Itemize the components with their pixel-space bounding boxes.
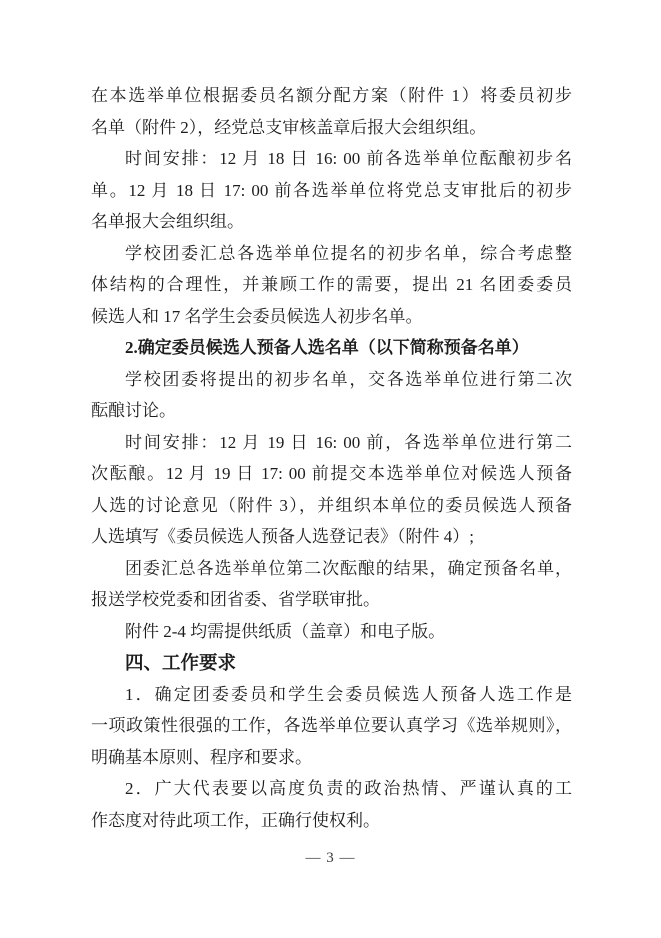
- text-line: 人选的讨论意见（附件 3），并组织本单位的委员候选人预备: [91, 490, 572, 522]
- text-line: 2．广大代表要以高度负责的政治热情、严谨认真的工: [91, 773, 572, 805]
- text-line: 团委汇总各选举单位第二次酝酿的结果，确定预备名单，: [91, 553, 572, 585]
- text-line: 名单（附件 2），经党总支审核盖章后报大会组织组。: [91, 112, 572, 144]
- text-line: 体结构的合理性，并兼顾工作的需要，提出 21 名团委委员: [91, 269, 572, 301]
- page-number: — 3 —: [0, 850, 661, 867]
- text-line: 人选填写《委员候选人预备人选登记表》（附件 4）;: [91, 521, 572, 553]
- text-line: 在本选举单位根据委员名额分配方案（附件 1）将委员初步: [91, 80, 572, 112]
- text-line: 单。12 月 18 日 17: 00 前各选举单位将党总支审批后的初步: [91, 175, 572, 207]
- text-line: 次酝酿。12 月 19 日 17: 00 前提交本选举单位对候选人预备: [91, 458, 572, 490]
- text-line: 候选人和 17 名学生会委员候选人初步名单。: [91, 301, 572, 333]
- text-line: 学校团委汇总各选举单位提名的初步名单，综合考虑整: [91, 238, 572, 270]
- text-line: 作态度对待此项工作，正确行使权利。: [91, 805, 572, 837]
- text-line: 明确基本原则、程序和要求。: [91, 742, 572, 774]
- text-line: 学校团委将提出的初步名单，交各选举单位进行第二次: [91, 364, 572, 396]
- text-line: 名单报大会组织组。: [91, 206, 572, 238]
- text-line: 一项政策性很强的工作，各选举单位要认真学习《选举规则》，: [91, 710, 572, 742]
- document-page: 在本选举单位根据委员名额分配方案（附件 1）将委员初步名单（附件 2），经党总支…: [0, 0, 661, 938]
- text-line: 时间安排：12 月 19 日 16: 00 前，各选举单位进行第二: [91, 427, 572, 459]
- text-line: 时间安排：12 月 18 日 16: 00 前各选举单位酝酿初步名: [91, 143, 572, 175]
- text-line: 报送学校党委和团省委、省学联审批。: [91, 584, 572, 616]
- text-line: 1．确定团委委员和学生会委员候选人预备人选工作是: [91, 679, 572, 711]
- text-line: 附件 2-4 均需提供纸质（盖章）和电子版。: [91, 616, 572, 648]
- text-line: 2.确定委员候选人预备人选名单（以下简称预备名单）: [91, 332, 572, 364]
- text-line: 酝酿讨论。: [91, 395, 572, 427]
- document-body: 在本选举单位根据委员名额分配方案（附件 1）将委员初步名单（附件 2），经党总支…: [91, 80, 572, 836]
- text-line: 四、工作要求: [91, 647, 572, 679]
